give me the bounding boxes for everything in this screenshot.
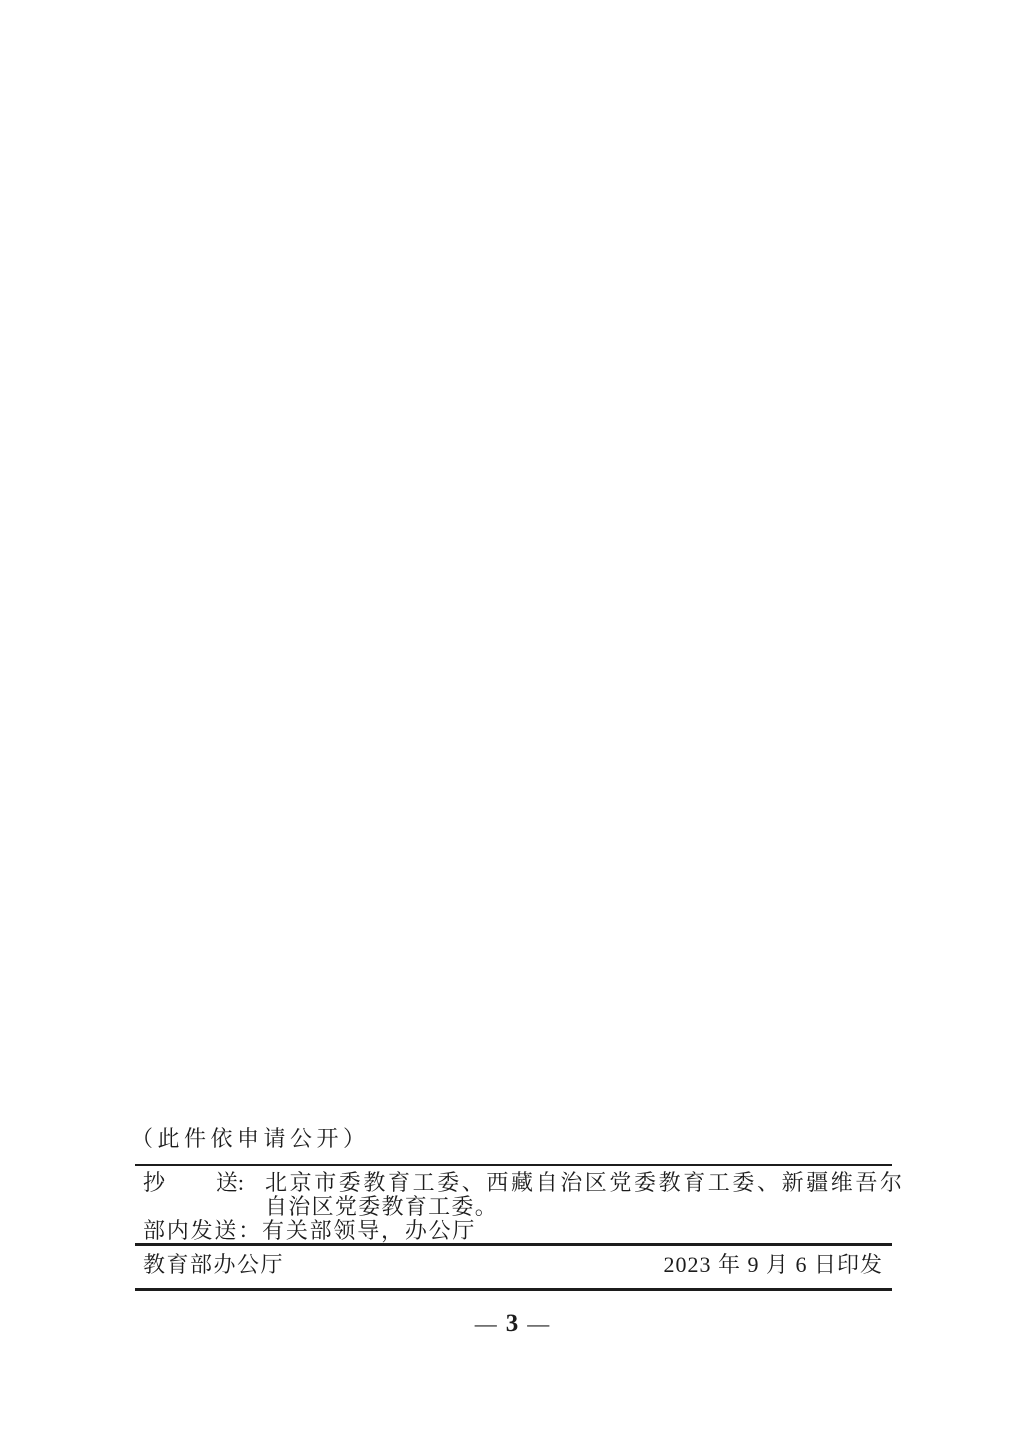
page-number-dash-left: — (475, 1312, 497, 1336)
print-date: 2023 年 9 月 6 日印发 (663, 1253, 883, 1277)
issuer-row: 教育部办公厅 2023 年 9 月 6 日印发 (143, 1253, 883, 1277)
internal-distribution-label: 部内发送： (143, 1218, 262, 1243)
cc-recipients-line-1: 北京市委教育工委、西藏自治区党委教育工委、新疆维吾尔 (265, 1171, 905, 1195)
rule-bottom (135, 1288, 892, 1291)
cc-label: 抄 送: (143, 1171, 244, 1195)
cc-label-second: 送: (216, 1171, 244, 1195)
page-number-value: 3 (506, 1310, 519, 1338)
page-number: — 3 — (0, 1310, 1024, 1338)
issuing-office: 教育部办公厅 (143, 1253, 284, 1277)
cc-label-first: 抄 (143, 1171, 165, 1195)
rule-middle (135, 1243, 892, 1246)
internal-distribution-value: 有关部领导，办公厅 (262, 1218, 476, 1243)
page-number-dash-right: — (527, 1312, 549, 1336)
internal-distribution-row: 部内发送：有关部领导，办公厅 (143, 1219, 476, 1243)
disclosure-note: （此件依申请公开） (131, 1127, 370, 1151)
version-record-block: 抄 送: 北京市委教育工委、西藏自治区党委教育工委、新疆维吾尔 自治区党委教育工… (135, 1164, 892, 1291)
rule-top (135, 1164, 892, 1166)
document-page: （此件依申请公开） 抄 送: 北京市委教育工委、西藏自治区党委教育工委、新疆维吾… (0, 0, 1024, 1448)
cc-recipients-line-2: 自治区党委教育工委。 (265, 1195, 498, 1219)
